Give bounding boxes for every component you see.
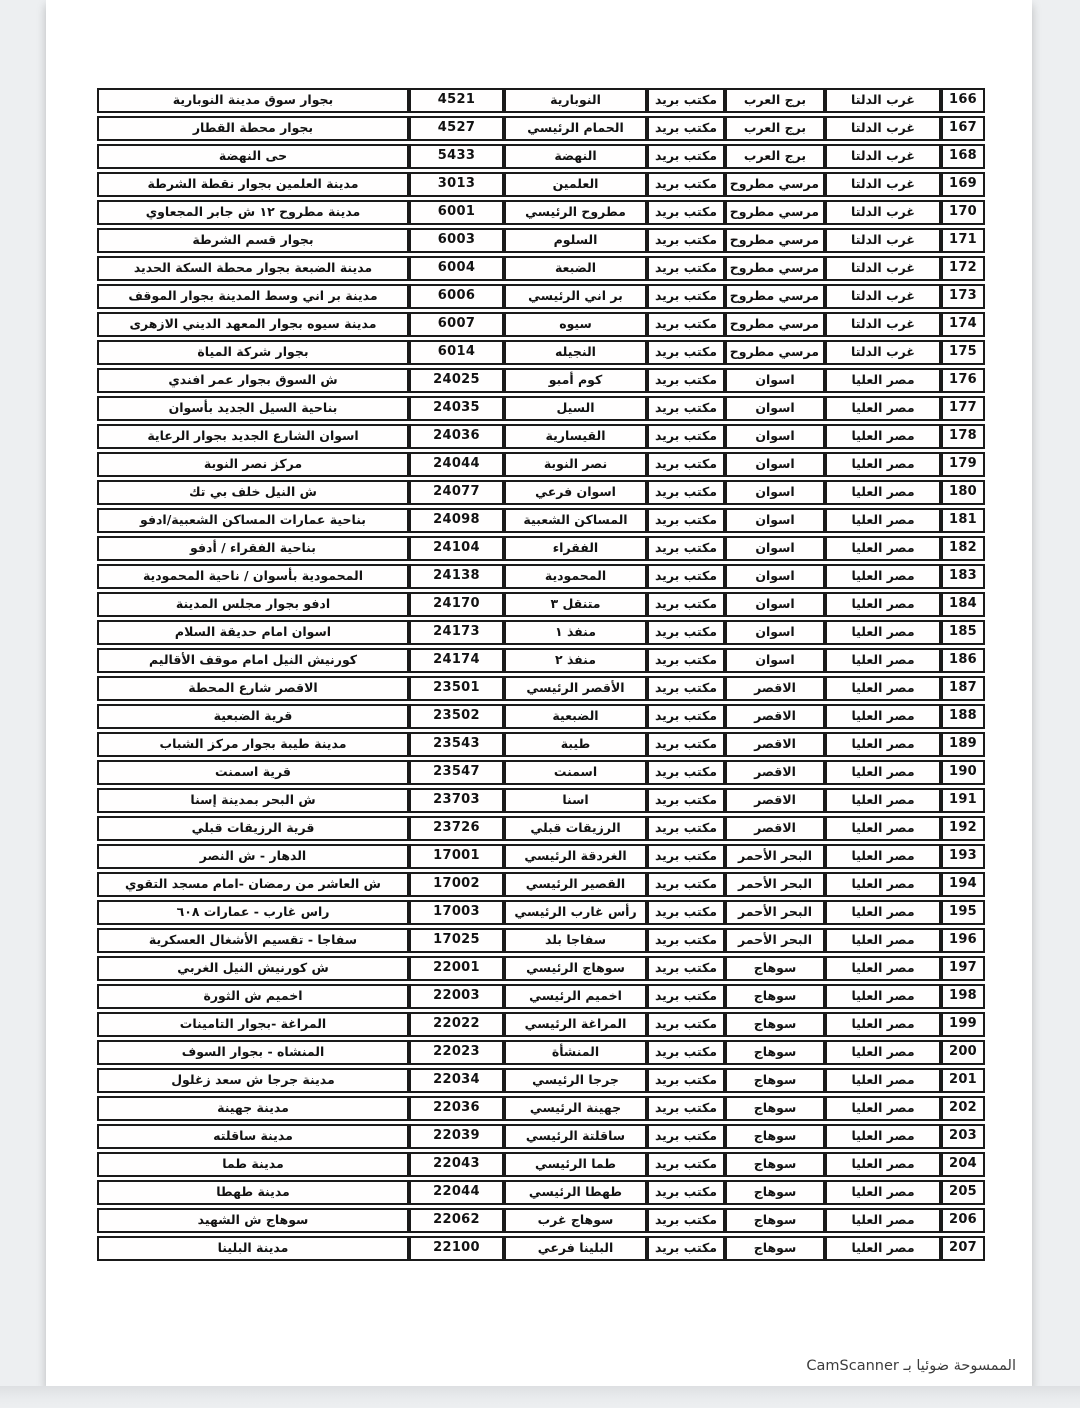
address-cell: مدينة الضبعة بجوار محطة السكة الحديد — [97, 256, 409, 281]
row-number-cell: 176 — [941, 368, 985, 393]
row-number-cell: 181 — [941, 508, 985, 533]
row-number-cell: 174 — [941, 312, 985, 337]
table-row: 166 غرب الدلتا برج العرب مكتب بريد النوب… — [97, 88, 985, 113]
office-type-cell: مكتب بريد — [647, 536, 725, 561]
address-cell: بجوار شركة المياة — [97, 340, 409, 365]
table-row: 169 غرب الدلتا مرسي مطروح مكتب بريد العل… — [97, 172, 985, 197]
table-row: 204 مصر العليا سوهاج مكتب بريد طما الرئي… — [97, 1152, 985, 1177]
region-cell: مصر العليا — [825, 760, 941, 785]
office-name-cell: مطروح الرئيسي — [504, 200, 647, 225]
camscanner-watermark: الممسوحة ضوئيا بـ CamScanner — [806, 1358, 1016, 1374]
address-cell: ش النيل خلف بي تك — [97, 480, 409, 505]
table-row: 172 غرب الدلتا مرسي مطروح مكتب بريد الضب… — [97, 256, 985, 281]
region-cell: مصر العليا — [825, 368, 941, 393]
row-number-cell: 206 — [941, 1208, 985, 1233]
region-cell: مصر العليا — [825, 480, 941, 505]
office-type-cell: مكتب بريد — [647, 508, 725, 533]
region-cell: مصر العليا — [825, 396, 941, 421]
table-row: 180 مصر العليا اسوان مكتب بريد اسوان فرع… — [97, 480, 985, 505]
governorate-cell: سوهاج — [725, 1040, 825, 1065]
table-row: 191 مصر العليا الاقصر مكتب بريد اسنا 237… — [97, 788, 985, 813]
postal-code-cell: 23726 — [409, 816, 504, 841]
address-cell: اسوان امام حديقة السلام — [97, 620, 409, 645]
office-type-cell: مكتب بريد — [647, 732, 725, 757]
office-type-cell: مكتب بريد — [647, 200, 725, 225]
table-row: 190 مصر العليا الاقصر مكتب بريد اسمنت 23… — [97, 760, 985, 785]
region-cell: مصر العليا — [825, 984, 941, 1009]
office-type-cell: مكتب بريد — [647, 1040, 725, 1065]
table-row: 199 مصر العليا سوهاج مكتب بريد المراغة ا… — [97, 1012, 985, 1037]
row-number-cell: 199 — [941, 1012, 985, 1037]
postal-code-cell: 23502 — [409, 704, 504, 729]
governorate-cell: اسوان — [725, 648, 825, 673]
office-type-cell: مكتب بريد — [647, 256, 725, 281]
address-cell: الاقصر شارع المحطة — [97, 676, 409, 701]
postal-code-cell: 22044 — [409, 1180, 504, 1205]
address-cell: ش كورنيش النيل الغربي — [97, 956, 409, 981]
office-type-cell: مكتب بريد — [647, 1208, 725, 1233]
governorate-cell: اسوان — [725, 508, 825, 533]
region-cell: مصر العليا — [825, 452, 941, 477]
office-name-cell: اسمنت — [504, 760, 647, 785]
row-number-cell: 186 — [941, 648, 985, 673]
address-cell: المحمودية بأسوان / ناحية المحمودية — [97, 564, 409, 589]
office-name-cell: القصير الرئيسي — [504, 872, 647, 897]
region-cell: غرب الدلتا — [825, 200, 941, 225]
region-cell: غرب الدلتا — [825, 256, 941, 281]
region-cell: مصر العليا — [825, 1180, 941, 1205]
office-type-cell: مكتب بريد — [647, 312, 725, 337]
governorate-cell: سوهاج — [725, 1124, 825, 1149]
address-cell: مدينة البلينا — [97, 1236, 409, 1261]
governorate-cell: الاقصر — [725, 676, 825, 701]
office-name-cell: اسوان فرعي — [504, 480, 647, 505]
table-row: 207 مصر العليا سوهاج مكتب بريد البلينا ف… — [97, 1236, 985, 1261]
office-type-cell: مكتب بريد — [647, 424, 725, 449]
address-cell: قرية الضبعية — [97, 704, 409, 729]
office-type-cell: مكتب بريد — [647, 844, 725, 869]
postal-code-cell: 17002 — [409, 872, 504, 897]
row-number-cell: 198 — [941, 984, 985, 1009]
row-number-cell: 185 — [941, 620, 985, 645]
table-row: 192 مصر العليا الاقصر مكتب بريد الرزيقات… — [97, 816, 985, 841]
region-cell: غرب الدلتا — [825, 340, 941, 365]
row-number-cell: 187 — [941, 676, 985, 701]
office-name-cell: السلوم — [504, 228, 647, 253]
office-type-cell: مكتب بريد — [647, 620, 725, 645]
table-row: 185 مصر العليا اسوان مكتب بريد منفذ ١ 24… — [97, 620, 985, 645]
postal-code-cell: 22039 — [409, 1124, 504, 1149]
governorate-cell: مرسي مطروح — [725, 200, 825, 225]
row-number-cell: 178 — [941, 424, 985, 449]
governorate-cell: اسوان — [725, 396, 825, 421]
office-type-cell: مكتب بريد — [647, 116, 725, 141]
postal-code-cell: 17001 — [409, 844, 504, 869]
region-cell: غرب الدلتا — [825, 88, 941, 113]
governorate-cell: اسوان — [725, 592, 825, 617]
table-row: 197 مصر العليا سوهاج مكتب بريد سوهاج الر… — [97, 956, 985, 981]
office-name-cell: النهضة — [504, 144, 647, 169]
address-cell: مدينة بر اني وسط المدينة بجوار الموقف — [97, 284, 409, 309]
table-row: 205 مصر العليا سوهاج مكتب بريد طهطا الرئ… — [97, 1180, 985, 1205]
region-cell: مصر العليا — [825, 1124, 941, 1149]
postal-code-cell: 17003 — [409, 900, 504, 925]
address-cell: اخميم ش الثورة — [97, 984, 409, 1009]
office-type-cell: مكتب بريد — [647, 480, 725, 505]
postal-code-cell: 22036 — [409, 1096, 504, 1121]
office-name-cell: سوهاج الرئيسي — [504, 956, 647, 981]
region-cell: مصر العليا — [825, 1012, 941, 1037]
office-name-cell: المنشأة — [504, 1040, 647, 1065]
postal-code-cell: 23547 — [409, 760, 504, 785]
row-number-cell: 189 — [941, 732, 985, 757]
postal-code-cell: 6006 — [409, 284, 504, 309]
address-cell: بجوار سوق مدينة النوبارية — [97, 88, 409, 113]
office-name-cell: جرجا الرئيسي — [504, 1068, 647, 1093]
governorate-cell: اسوان — [725, 424, 825, 449]
office-type-cell: مكتب بريد — [647, 592, 725, 617]
table-row: 179 مصر العليا اسوان مكتب بريد نصر النوب… — [97, 452, 985, 477]
postal-code-cell: 23703 — [409, 788, 504, 813]
region-cell: مصر العليا — [825, 928, 941, 953]
region-cell: مصر العليا — [825, 676, 941, 701]
row-number-cell: 192 — [941, 816, 985, 841]
governorate-cell: اسوان — [725, 620, 825, 645]
table-row: 170 غرب الدلتا مرسي مطروح مكتب بريد مطرو… — [97, 200, 985, 225]
table-row: 168 غرب الدلتا برج العرب مكتب بريد النهض… — [97, 144, 985, 169]
region-cell: مصر العليا — [825, 592, 941, 617]
region-cell: مصر العليا — [825, 872, 941, 897]
address-cell: بناحية الفقراء / أدفو — [97, 536, 409, 561]
office-type-cell: مكتب بريد — [647, 368, 725, 393]
postal-code-cell: 22100 — [409, 1236, 504, 1261]
region-cell: مصر العليا — [825, 508, 941, 533]
office-name-cell: الحمام الرئيسي — [504, 116, 647, 141]
governorate-cell: الاقصر — [725, 760, 825, 785]
table-row: 176 مصر العليا اسوان مكتب بريد كوم أمبو … — [97, 368, 985, 393]
governorate-cell: سوهاج — [725, 1012, 825, 1037]
table-row: 202 مصر العليا سوهاج مكتب بريد جهينة الر… — [97, 1096, 985, 1121]
address-cell: ش العاشر من رمضان -امام مسجد التقوي — [97, 872, 409, 897]
region-cell: غرب الدلتا — [825, 144, 941, 169]
postal-code-cell: 24035 — [409, 396, 504, 421]
office-type-cell: مكتب بريد — [647, 340, 725, 365]
row-number-cell: 177 — [941, 396, 985, 421]
table-row: 206 مصر العليا سوهاج مكتب بريد سوهاج غرب… — [97, 1208, 985, 1233]
governorate-cell: برج العرب — [725, 116, 825, 141]
table-row: 198 مصر العليا سوهاج مكتب بريد اخميم الر… — [97, 984, 985, 1009]
row-number-cell: 175 — [941, 340, 985, 365]
region-cell: غرب الدلتا — [825, 228, 941, 253]
office-name-cell: البلينا فرعي — [504, 1236, 647, 1261]
governorate-cell: سوهاج — [725, 1096, 825, 1121]
office-name-cell: منفذ ٢ — [504, 648, 647, 673]
table-row: 188 مصر العليا الاقصر مكتب بريد الضبعية … — [97, 704, 985, 729]
address-cell: الدهار - ش النصر — [97, 844, 409, 869]
scanned-page: 166 غرب الدلتا برج العرب مكتب بريد النوب… — [46, 0, 1032, 1386]
region-cell: غرب الدلتا — [825, 116, 941, 141]
address-cell: بجوار قسم الشرطة — [97, 228, 409, 253]
office-name-cell: متنقل ٣ — [504, 592, 647, 617]
office-name-cell: النجيله — [504, 340, 647, 365]
row-number-cell: 191 — [941, 788, 985, 813]
row-number-cell: 182 — [941, 536, 985, 561]
postal-code-cell: 24025 — [409, 368, 504, 393]
table-row: 171 غرب الدلتا مرسي مطروح مكتب بريد السل… — [97, 228, 985, 253]
row-number-cell: 207 — [941, 1236, 985, 1261]
office-type-cell: مكتب بريد — [647, 452, 725, 477]
postal-code-cell: 22062 — [409, 1208, 504, 1233]
office-name-cell: طيبة — [504, 732, 647, 757]
office-type-cell: مكتب بريد — [647, 228, 725, 253]
table-row: 203 مصر العليا سوهاج مكتب بريد ساقلتة ال… — [97, 1124, 985, 1149]
row-number-cell: 197 — [941, 956, 985, 981]
office-name-cell: القيسارية — [504, 424, 647, 449]
address-cell: المراغة -بجوار التامينات — [97, 1012, 409, 1037]
postal-code-cell: 24174 — [409, 648, 504, 673]
postal-code-cell: 6003 — [409, 228, 504, 253]
office-name-cell: نصر النوبة — [504, 452, 647, 477]
postal-code-cell: 3013 — [409, 172, 504, 197]
governorate-cell: البحر الأحمر — [725, 844, 825, 869]
region-cell: مصر العليا — [825, 1208, 941, 1233]
governorate-cell: البحر الأحمر — [725, 928, 825, 953]
postal-code-cell: 24077 — [409, 480, 504, 505]
office-name-cell: جهينة الرئيسي — [504, 1096, 647, 1121]
governorate-cell: اسوان — [725, 452, 825, 477]
address-cell: بجوار محطة القطار — [97, 116, 409, 141]
table-row: 195 مصر العليا البحر الأحمر مكتب بريد رأ… — [97, 900, 985, 925]
governorate-cell: برج العرب — [725, 88, 825, 113]
region-cell: مصر العليا — [825, 620, 941, 645]
postal-code-cell: 24170 — [409, 592, 504, 617]
governorate-cell: الاقصر — [725, 732, 825, 757]
postal-code-cell: 6014 — [409, 340, 504, 365]
office-type-cell: مكتب بريد — [647, 1012, 725, 1037]
address-cell: قرية الرزيقات قبلي — [97, 816, 409, 841]
row-number-cell: 190 — [941, 760, 985, 785]
address-cell: مدينة سيوه بجوار المعهد الديني الازهرى — [97, 312, 409, 337]
postal-code-cell: 6004 — [409, 256, 504, 281]
row-number-cell: 205 — [941, 1180, 985, 1205]
table-row: 186 مصر العليا اسوان مكتب بريد منفذ ٢ 24… — [97, 648, 985, 673]
region-cell: مصر العليا — [825, 1236, 941, 1261]
office-type-cell: مكتب بريد — [647, 564, 725, 589]
table-row: 200 مصر العليا سوهاج مكتب بريد المنشأة 2… — [97, 1040, 985, 1065]
table-row: 181 مصر العليا اسوان مكتب بريد المساكن ا… — [97, 508, 985, 533]
office-name-cell: سوهاج غرب — [504, 1208, 647, 1233]
office-name-cell: كوم أمبو — [504, 368, 647, 393]
postal-code-cell: 6007 — [409, 312, 504, 337]
region-cell: مصر العليا — [825, 564, 941, 589]
table-row: 184 مصر العليا اسوان مكتب بريد متنقل ٣ 2… — [97, 592, 985, 617]
region-cell: مصر العليا — [825, 788, 941, 813]
office-type-cell: مكتب بريد — [647, 396, 725, 421]
row-number-cell: 193 — [941, 844, 985, 869]
table-body: 166 غرب الدلتا برج العرب مكتب بريد النوب… — [97, 88, 985, 1261]
region-cell: مصر العليا — [825, 732, 941, 757]
address-cell: مدينة ساقلته — [97, 1124, 409, 1149]
governorate-cell: الاقصر — [725, 816, 825, 841]
office-name-cell: الضبعية — [504, 704, 647, 729]
office-type-cell: مكتب بريد — [647, 788, 725, 813]
office-type-cell: مكتب بريد — [647, 284, 725, 309]
table-row: 177 مصر العليا اسوان مكتب بريد السيل 240… — [97, 396, 985, 421]
office-name-cell: سفاجا بلد — [504, 928, 647, 953]
region-cell: مصر العليا — [825, 816, 941, 841]
office-name-cell: الفقراء — [504, 536, 647, 561]
address-cell: حى النهضة — [97, 144, 409, 169]
postal-code-cell: 17025 — [409, 928, 504, 953]
table-row: 174 غرب الدلتا مرسي مطروح مكتب بريد سيوه… — [97, 312, 985, 337]
office-type-cell: مكتب بريد — [647, 816, 725, 841]
governorate-cell: مرسي مطروح — [725, 284, 825, 309]
row-number-cell: 194 — [941, 872, 985, 897]
office-name-cell: المساكن الشعبية — [504, 508, 647, 533]
row-number-cell: 200 — [941, 1040, 985, 1065]
table-row: 167 غرب الدلتا برج العرب مكتب بريد الحما… — [97, 116, 985, 141]
office-name-cell: ساقلتة الرئيسي — [504, 1124, 647, 1149]
region-cell: مصر العليا — [825, 1096, 941, 1121]
region-cell: غرب الدلتا — [825, 284, 941, 309]
row-number-cell: 171 — [941, 228, 985, 253]
office-name-cell: السيل — [504, 396, 647, 421]
table-row: 201 مصر العليا سوهاج مكتب بريد جرجا الرئ… — [97, 1068, 985, 1093]
postal-code-cell: 5433 — [409, 144, 504, 169]
region-cell: مصر العليا — [825, 1068, 941, 1093]
postal-code-cell: 4527 — [409, 116, 504, 141]
office-type-cell: مكتب بريد — [647, 648, 725, 673]
address-cell: ش البحر بمدينة إسنا — [97, 788, 409, 813]
address-cell: سفاجا - تقسيم الأشغال العسكرية — [97, 928, 409, 953]
office-type-cell: مكتب بريد — [647, 1152, 725, 1177]
office-name-cell: الأقصر الرئيسي — [504, 676, 647, 701]
address-cell: مدينة طيبة بجوار مركز الشباب — [97, 732, 409, 757]
address-cell: ادفو بجوار مجلس المدينة — [97, 592, 409, 617]
address-cell: المنشاه - بجوار السوف — [97, 1040, 409, 1065]
address-cell: مدينة جرجا ش سعد زغلول — [97, 1068, 409, 1093]
postal-code-cell: 22043 — [409, 1152, 504, 1177]
address-cell: مدينة جهينة — [97, 1096, 409, 1121]
office-name-cell: الغردقة الرئيسي — [504, 844, 647, 869]
row-number-cell: 173 — [941, 284, 985, 309]
office-type-cell: مكتب بريد — [647, 704, 725, 729]
table-row: 175 غرب الدلتا مرسي مطروح مكتب بريد النج… — [97, 340, 985, 365]
office-name-cell: اسنا — [504, 788, 647, 813]
office-type-cell: مكتب بريد — [647, 1124, 725, 1149]
governorate-cell: سوهاج — [725, 956, 825, 981]
office-name-cell: منفذ ١ — [504, 620, 647, 645]
row-number-cell: 167 — [941, 116, 985, 141]
postal-offices-table-wrap: 166 غرب الدلتا برج العرب مكتب بريد النوب… — [97, 85, 985, 1264]
office-type-cell: مكتب بريد — [647, 760, 725, 785]
governorate-cell: سوهاج — [725, 1152, 825, 1177]
address-cell: مدينة طهطا — [97, 1180, 409, 1205]
row-number-cell: 180 — [941, 480, 985, 505]
address-cell: قرية اسمنت — [97, 760, 409, 785]
office-name-cell: الضبعة — [504, 256, 647, 281]
office-type-cell: مكتب بريد — [647, 172, 725, 197]
office-name-cell: سيوه — [504, 312, 647, 337]
region-cell: غرب الدلتا — [825, 312, 941, 337]
postal-code-cell: 22034 — [409, 1068, 504, 1093]
row-number-cell: 170 — [941, 200, 985, 225]
address-cell: بناحية عمارات المساكن الشعبية/ادفو — [97, 508, 409, 533]
office-type-cell: مكتب بريد — [647, 900, 725, 925]
postal-code-cell: 24173 — [409, 620, 504, 645]
office-type-cell: مكتب بريد — [647, 956, 725, 981]
postal-code-cell: 22022 — [409, 1012, 504, 1037]
governorate-cell: برج العرب — [725, 144, 825, 169]
row-number-cell: 203 — [941, 1124, 985, 1149]
postal-code-cell: 22023 — [409, 1040, 504, 1065]
governorate-cell: سوهاج — [725, 1208, 825, 1233]
office-name-cell: طما الرئيسي — [504, 1152, 647, 1177]
region-cell: مصر العليا — [825, 844, 941, 869]
row-number-cell: 183 — [941, 564, 985, 589]
postal-code-cell: 22003 — [409, 984, 504, 1009]
office-name-cell: الرزيقات قبلي — [504, 816, 647, 841]
office-type-cell: مكتب بريد — [647, 1236, 725, 1261]
page-bottom-shadow — [0, 1386, 1080, 1408]
scanned-document-canvas: 166 غرب الدلتا برج العرب مكتب بريد النوب… — [0, 0, 1080, 1408]
postal-code-cell: 24044 — [409, 452, 504, 477]
office-type-cell: مكتب بريد — [647, 144, 725, 169]
table-row: 182 مصر العليا اسوان مكتب بريد الفقراء 2… — [97, 536, 985, 561]
office-name-cell: بر اني الرئيسي — [504, 284, 647, 309]
table-row: 193 مصر العليا البحر الأحمر مكتب بريد ال… — [97, 844, 985, 869]
row-number-cell: 204 — [941, 1152, 985, 1177]
office-name-cell: المراغة الرئيسي — [504, 1012, 647, 1037]
row-number-cell: 172 — [941, 256, 985, 281]
governorate-cell: سوهاج — [725, 1068, 825, 1093]
office-name-cell: المحمودية — [504, 564, 647, 589]
postal-code-cell: 22001 — [409, 956, 504, 981]
postal-code-cell: 24104 — [409, 536, 504, 561]
governorate-cell: سوهاج — [725, 984, 825, 1009]
table-row: 178 مصر العليا اسوان مكتب بريد القيسارية… — [97, 424, 985, 449]
row-number-cell: 201 — [941, 1068, 985, 1093]
table-row: 187 مصر العليا الاقصر مكتب بريد الأقصر ا… — [97, 676, 985, 701]
governorate-cell: اسوان — [725, 480, 825, 505]
table-row: 173 غرب الدلتا مرسي مطروح مكتب بريد بر ا… — [97, 284, 985, 309]
address-cell: كورنيش النيل امام موقف الأقاليم — [97, 648, 409, 673]
region-cell: مصر العليا — [825, 956, 941, 981]
governorate-cell: البحر الأحمر — [725, 900, 825, 925]
office-type-cell: مكتب بريد — [647, 1068, 725, 1093]
governorate-cell: مرسي مطروح — [725, 228, 825, 253]
postal-code-cell: 6001 — [409, 200, 504, 225]
office-name-cell: رأس غارب الرئيسي — [504, 900, 647, 925]
row-number-cell: 184 — [941, 592, 985, 617]
table-row: 194 مصر العليا البحر الأحمر مكتب بريد ال… — [97, 872, 985, 897]
row-number-cell: 168 — [941, 144, 985, 169]
region-cell: مصر العليا — [825, 1152, 941, 1177]
row-number-cell: 195 — [941, 900, 985, 925]
row-number-cell: 166 — [941, 88, 985, 113]
address-cell: مدينة العلمين بجوار نقطة الشرطة — [97, 172, 409, 197]
address-cell: مركز نصر النوبة — [97, 452, 409, 477]
office-name-cell: طهطا الرئيسي — [504, 1180, 647, 1205]
governorate-cell: مرسي مطروح — [725, 312, 825, 337]
row-number-cell: 179 — [941, 452, 985, 477]
office-type-cell: مكتب بريد — [647, 928, 725, 953]
region-cell: مصر العليا — [825, 536, 941, 561]
address-cell: بناحية السيل الجديد بأسوان — [97, 396, 409, 421]
governorate-cell: الاقصر — [725, 704, 825, 729]
governorate-cell: مرسي مطروح — [725, 256, 825, 281]
address-cell: مدينة مطروح ١٢ ش جابر المجعاوي — [97, 200, 409, 225]
